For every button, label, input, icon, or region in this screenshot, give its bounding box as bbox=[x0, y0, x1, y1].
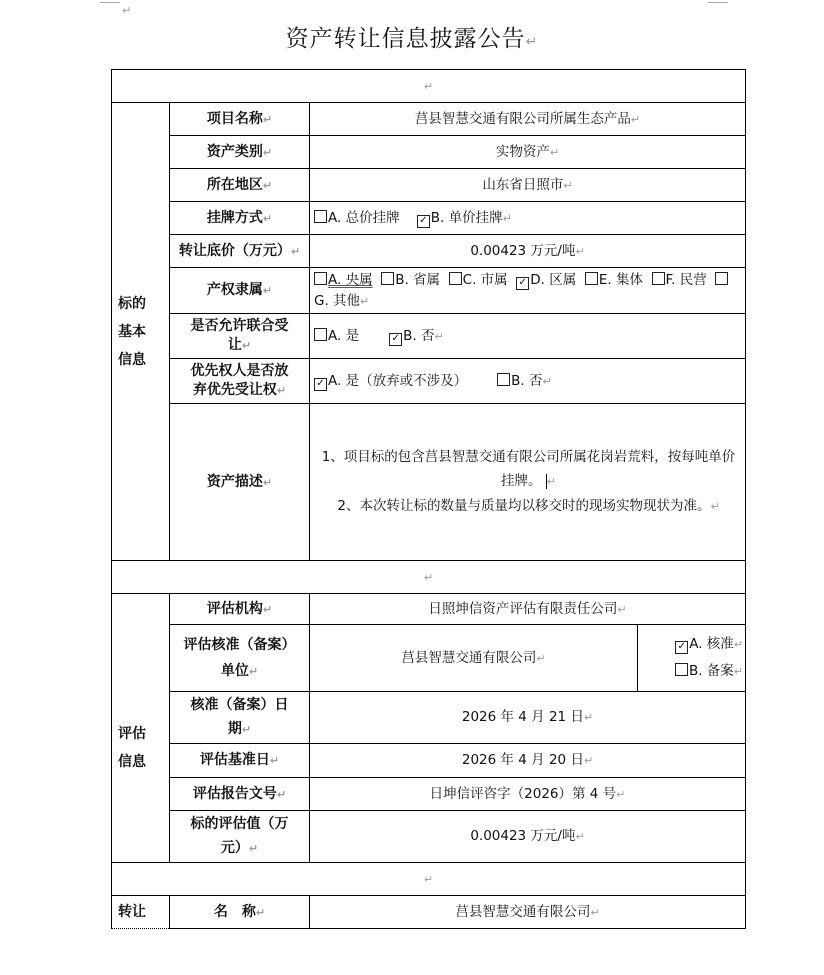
checkbox-unchecked-icon[interactable] bbox=[652, 272, 665, 285]
table-row-appraisal-agency: 评估 信息 评估机构↵ 日照坤信资产评估有限责任公司↵ bbox=[112, 594, 746, 625]
description-line: 1、项目标的包含莒县智慧交通有限公司所属花岗岩荒料，按每吨单价挂牌。 bbox=[322, 449, 736, 489]
paragraph-mark: ↵ bbox=[536, 652, 545, 665]
empty-cell[interactable]: ↵ bbox=[112, 863, 746, 896]
option-label: F. 民营 bbox=[666, 272, 707, 288]
label-text: 标的评估值（万 bbox=[174, 812, 305, 836]
option-label: E. 集体 bbox=[599, 272, 643, 288]
value-base-date[interactable]: 2026 年 4 月 20 日↵ bbox=[310, 744, 746, 778]
checkbox-unchecked-icon[interactable] bbox=[715, 272, 728, 285]
label-text: 挂牌方式 bbox=[207, 210, 263, 226]
empty-row: ↵ bbox=[112, 70, 746, 103]
label-region: 所在地区↵ bbox=[170, 169, 310, 202]
label-text: 资产类别 bbox=[207, 144, 263, 160]
label-asset-description: 资产描述↵ bbox=[170, 404, 310, 561]
option-label: C. 市属 bbox=[463, 272, 508, 288]
label-text: 评估核准（备案） bbox=[174, 632, 305, 658]
paragraph-mark: ↵ bbox=[616, 788, 625, 801]
label-text: 元） bbox=[221, 840, 249, 856]
label-text: 所在地区 bbox=[207, 177, 263, 193]
option-label: B. 备案 bbox=[689, 663, 734, 679]
option-label: G. 其他 bbox=[314, 293, 360, 309]
disclosure-table: ↵ 标的 基本 信息 项目名称↵ 莒县智慧交通有限公司所属生态产品↵ 资产类别↵… bbox=[111, 69, 746, 929]
description-line: 2、本次转让标的数量与质量均以移交时的现场实物现状为准。 bbox=[337, 498, 710, 514]
document-title: 资产转让信息披露公告↵ bbox=[0, 20, 824, 53]
paragraph-mark: ↵ bbox=[734, 665, 743, 678]
option-label: A. 是（放弃或不涉及） bbox=[328, 373, 467, 389]
paragraph-mark: ↵ bbox=[242, 723, 251, 736]
option-label: B. 单价挂牌 bbox=[431, 210, 503, 226]
paragraph-mark: ↵ bbox=[263, 476, 272, 489]
value-joint-transfer: A. 是 ✓B. 否↵ bbox=[310, 314, 746, 359]
section-label-line: 评估 bbox=[118, 720, 163, 748]
section-label-basic-info: 标的 基本 信息 bbox=[112, 103, 170, 561]
label-appraisal-agency: 评估机构↵ bbox=[170, 594, 310, 625]
paragraph-mark: ↵ bbox=[277, 788, 286, 801]
page-corner-mark-left bbox=[100, 0, 120, 3]
label-joint-transfer: 是否允许联合受 让↵ bbox=[170, 314, 310, 359]
value-text: 0.00423 万元/吨 bbox=[470, 828, 575, 844]
label-project-name: 项目名称↵ bbox=[170, 103, 310, 136]
paragraph-mark: ↵ bbox=[435, 330, 444, 343]
paragraph-mark: ↵ bbox=[590, 906, 599, 919]
value-region[interactable]: 山东省日照市↵ bbox=[310, 169, 746, 202]
value-text: 日照坤信资产评估有限责任公司 bbox=[428, 601, 617, 617]
label-text: 项目名称 bbox=[207, 111, 263, 127]
checkbox-checked-icon[interactable]: ✓ bbox=[389, 333, 402, 346]
table-row-asset-description: 资产描述↵ 1、项目标的包含莒县智慧交通有限公司所属花岗岩荒料，按每吨单价挂牌。… bbox=[112, 404, 746, 561]
paragraph-mark: ↵ bbox=[242, 339, 251, 352]
page-corner-mark-right bbox=[708, 0, 728, 3]
option-label: A. 核准 bbox=[689, 636, 734, 652]
table-row-project-name: 标的 基本 信息 项目名称↵ 莒县智慧交通有限公司所属生态产品↵ bbox=[112, 103, 746, 136]
paragraph-mark: ↵ bbox=[263, 146, 272, 159]
value-text: 莒县智慧交通有限公司 bbox=[401, 650, 536, 666]
table-row-reserve-price: 转让底价（万元）↵ 0.00423 万元/吨↵ bbox=[112, 235, 746, 268]
section-label-line: 标的 bbox=[118, 290, 163, 318]
checkbox-checked-icon[interactable]: ✓ bbox=[516, 277, 529, 290]
paragraph-mark: ↵ bbox=[503, 212, 512, 225]
paragraph-mark: ↵ bbox=[291, 245, 300, 258]
table-row-preemptive-right: 优先权人是否放 弃优先受让权↵ ✓A. 是（放弃或不涉及） B. 否↵ bbox=[112, 359, 746, 404]
label-preemptive-right: 优先权人是否放 弃优先受让权↵ bbox=[170, 359, 310, 404]
paragraph-mark: ↵ bbox=[734, 638, 743, 651]
value-report-number[interactable]: 日坤信评咨字（2026）第 4 号↵ bbox=[310, 778, 746, 811]
option-label: B. 否 bbox=[403, 328, 434, 344]
paragraph-mark: ↵ bbox=[584, 711, 593, 724]
label-text: 转让底价（万元） bbox=[179, 243, 291, 259]
label-text: 优先权人是否放 bbox=[174, 362, 305, 381]
section-label-line: 信息 bbox=[118, 346, 163, 374]
checkbox-unchecked-icon[interactable] bbox=[585, 272, 598, 285]
empty-cell[interactable]: ↵ bbox=[112, 561, 746, 594]
label-reserve-price: 转让底价（万元）↵ bbox=[170, 235, 310, 268]
paragraph-mark: ↵ bbox=[270, 754, 279, 767]
label-text: 单位 bbox=[221, 663, 249, 679]
label-base-date: 评估基准日↵ bbox=[170, 744, 310, 778]
checkbox-unchecked-icon[interactable] bbox=[381, 272, 394, 285]
checkbox-unchecked-icon[interactable] bbox=[314, 272, 327, 285]
paragraph-mark: ↵ bbox=[543, 375, 552, 388]
table-row-report-number: 评估报告文号↵ 日坤信评咨字（2026）第 4 号↵ bbox=[112, 778, 746, 811]
paragraph-mark: ↵ bbox=[263, 603, 272, 616]
table-row-joint-transfer: 是否允许联合受 让↵ A. 是 ✓B. 否↵ bbox=[112, 314, 746, 359]
label-text: 评估基准日 bbox=[200, 752, 270, 768]
checkbox-unchecked-icon[interactable] bbox=[675, 663, 688, 676]
checkbox-unchecked-icon[interactable] bbox=[314, 328, 327, 341]
table-row-ownership: 产权隶属↵ A. 央属 B. 省属 C. 市属 ✓D. 区属 E. 集体 F. … bbox=[112, 268, 746, 314]
checkbox-unchecked-icon[interactable] bbox=[314, 210, 327, 223]
checkbox-unchecked-icon[interactable] bbox=[497, 373, 510, 386]
label-listing-method: 挂牌方式↵ bbox=[170, 202, 310, 235]
value-preemptive-right: ✓A. 是（放弃或不涉及） B. 否↵ bbox=[310, 359, 746, 404]
checkbox-unchecked-icon[interactable] bbox=[449, 272, 462, 285]
paragraph-mark: ↵ bbox=[256, 906, 265, 919]
paragraph-mark: ↵ bbox=[263, 179, 272, 192]
value-text: 2026 年 4 月 20 日 bbox=[462, 752, 584, 768]
paragraph-mark: ↵ bbox=[547, 475, 556, 488]
paragraph-mark: ↵ bbox=[526, 34, 539, 50]
label-text: 期 bbox=[228, 721, 242, 737]
paragraph-mark: ↵ bbox=[550, 146, 559, 159]
paragraph-mark: ↵ bbox=[575, 830, 584, 843]
checkbox-checked-icon[interactable]: ✓ bbox=[417, 215, 430, 228]
label-approval-date: 核准（备案）日 期↵ bbox=[170, 692, 310, 744]
checkbox-checked-icon[interactable]: ✓ bbox=[675, 641, 688, 654]
value-text: 实物资产 bbox=[496, 144, 550, 160]
value-asset-description[interactable]: 1、项目标的包含莒县智慧交通有限公司所属花岗岩荒料，按每吨单价挂牌。 ↵ 2、本… bbox=[310, 404, 746, 561]
table-row-transferor-name: 转让 名 称↵ 莒县智慧交通有限公司↵ bbox=[112, 896, 746, 929]
paragraph-mark: ↵ bbox=[631, 113, 640, 126]
paragraph-mark: ↵ bbox=[360, 295, 369, 308]
paragraph-mark: ↵ bbox=[249, 842, 258, 855]
paragraph-mark: ↵ bbox=[263, 284, 272, 297]
value-appraisal-agency[interactable]: 日照坤信资产评估有限责任公司↵ bbox=[310, 594, 746, 625]
label-approval-unit: 评估核准（备案） 单位↵ bbox=[170, 625, 310, 692]
empty-cell[interactable]: ↵ bbox=[112, 70, 746, 103]
value-asset-category[interactable]: 实物资产↵ bbox=[310, 136, 746, 169]
paragraph-mark: ↵ bbox=[617, 603, 626, 616]
value-approval-date[interactable]: 2026 年 4 月 21 日↵ bbox=[310, 692, 746, 744]
value-text: 山东省日照市 bbox=[482, 177, 563, 193]
paragraph-mark: ↵ bbox=[710, 500, 719, 513]
paragraph-mark: ↵ bbox=[122, 4, 131, 17]
paragraph-mark: ↵ bbox=[263, 113, 272, 126]
option-label: B. 否 bbox=[511, 373, 542, 389]
option-label: A. 是 bbox=[328, 328, 359, 344]
value-reserve-price[interactable]: 0.00423 万元/吨↵ bbox=[310, 235, 746, 268]
value-text: 莒县智慧交通有限公司所属生态产品 bbox=[415, 111, 631, 127]
section-label-line: 基本 bbox=[118, 318, 163, 346]
paragraph-mark: ↵ bbox=[277, 384, 286, 397]
section-label-transferor: 转让 bbox=[112, 896, 170, 929]
option-label: A. 央属 bbox=[328, 272, 373, 288]
empty-row: ↵ bbox=[112, 863, 746, 896]
option-label: A. 总价挂牌 bbox=[328, 210, 400, 226]
label-transferor-name: 名 称↵ bbox=[170, 896, 310, 929]
table-row-appraised-value: 标的评估值（万 元）↵ 0.00423 万元/吨↵ bbox=[112, 811, 746, 863]
value-approval-unit[interactable]: 莒县智慧交通有限公司↵ bbox=[310, 625, 638, 692]
value-transferor-name[interactable]: 莒县智慧交通有限公司↵ bbox=[310, 896, 746, 929]
value-approval-type: ✓A. 核准↵ B. 备案↵ bbox=[638, 625, 746, 692]
label-appraised-value: 标的评估值（万 元）↵ bbox=[170, 811, 310, 863]
label-text: 资产描述 bbox=[207, 474, 263, 490]
section-label-evaluation-info: 评估 信息 bbox=[112, 594, 170, 863]
label-text: 弃优先受让权 bbox=[193, 382, 277, 398]
checkbox-checked-icon[interactable]: ✓ bbox=[314, 378, 327, 391]
label-text: 评估报告文号 bbox=[193, 786, 277, 802]
title-text: 资产转让信息披露公告 bbox=[286, 26, 526, 52]
table-row-listing-method: 挂牌方式↵ A. 总价挂牌 ✓B. 单价挂牌↵ bbox=[112, 202, 746, 235]
empty-row: ↵ bbox=[112, 561, 746, 594]
paragraph-mark: ↵ bbox=[249, 665, 258, 678]
label-ownership: 产权隶属↵ bbox=[170, 268, 310, 314]
label-text: 名 称 bbox=[214, 904, 256, 920]
table-row-approval-unit: 评估核准（备案） 单位↵ 莒县智慧交通有限公司↵ ✓A. 核准↵ B. 备案↵ bbox=[112, 625, 746, 692]
paragraph-mark: ↵ bbox=[263, 212, 272, 225]
value-text: 0.00423 万元/吨 bbox=[470, 243, 575, 259]
table-row-base-date: 评估基准日↵ 2026 年 4 月 20 日↵ bbox=[112, 744, 746, 778]
section-label-line: 信息 bbox=[118, 748, 163, 776]
value-appraised-value[interactable]: 0.00423 万元/吨↵ bbox=[310, 811, 746, 863]
label-text: 核准（备案）日 bbox=[174, 693, 305, 717]
value-text: 日坤信评咨字（2026）第 4 号 bbox=[430, 786, 617, 802]
table-row-approval-date: 核准（备案）日 期↵ 2026 年 4 月 21 日↵ bbox=[112, 692, 746, 744]
paragraph-mark: ↵ bbox=[424, 873, 433, 886]
paragraph-mark: ↵ bbox=[584, 754, 593, 767]
label-text: 是否允许联合受 bbox=[174, 317, 305, 336]
label-text: 评估机构 bbox=[207, 601, 263, 617]
label-text: 让 bbox=[228, 337, 242, 353]
option-label: B. 省属 bbox=[395, 272, 440, 288]
paragraph-mark: ↵ bbox=[575, 245, 584, 258]
option-label: D. 区属 bbox=[530, 272, 576, 288]
value-ownership: A. 央属 B. 省属 C. 市属 ✓D. 区属 E. 集体 F. 民营 G. … bbox=[310, 268, 746, 314]
value-text: 2026 年 4 月 21 日 bbox=[462, 709, 584, 725]
paragraph-mark: ↵ bbox=[424, 571, 433, 584]
table-row-region: 所在地区↵ 山东省日照市↵ bbox=[112, 169, 746, 202]
value-listing-method: A. 总价挂牌 ✓B. 单价挂牌↵ bbox=[310, 202, 746, 235]
label-report-number: 评估报告文号↵ bbox=[170, 778, 310, 811]
value-project-name[interactable]: 莒县智慧交通有限公司所属生态产品↵ bbox=[310, 103, 746, 136]
label-text: 产权隶属 bbox=[207, 282, 263, 298]
value-text: 莒县智慧交通有限公司 bbox=[455, 904, 590, 920]
label-asset-category: 资产类别↵ bbox=[170, 136, 310, 169]
paragraph-mark: ↵ bbox=[563, 179, 572, 192]
paragraph-mark: ↵ bbox=[424, 80, 433, 93]
table-row-asset-category: 资产类别↵ 实物资产↵ bbox=[112, 136, 746, 169]
